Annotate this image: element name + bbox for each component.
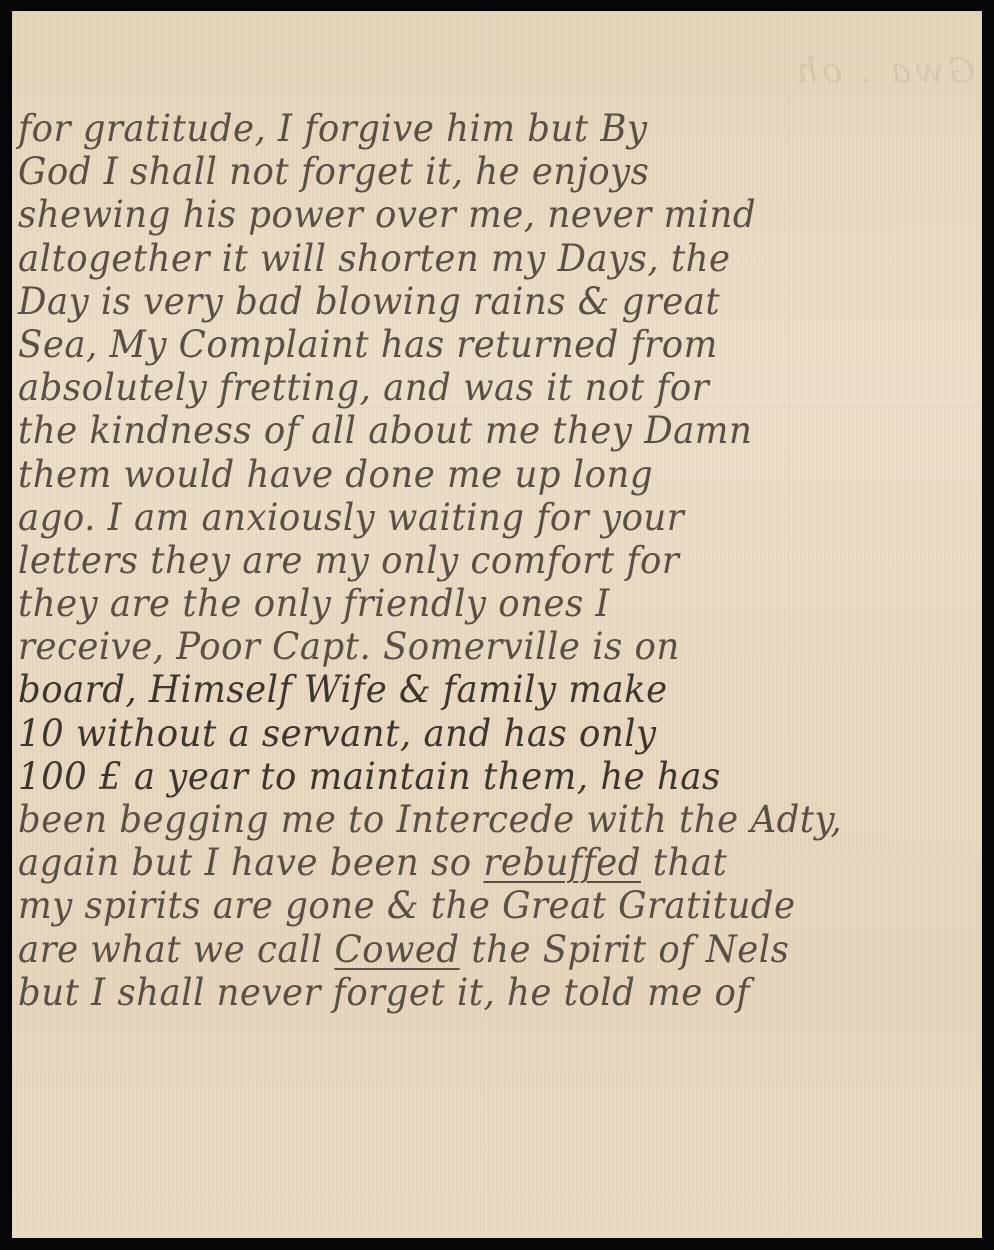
letter-line: shewing his power over me, never mind: [18, 193, 978, 236]
letter-line: them would have done me up long: [18, 453, 978, 496]
letter-line: receive, Poor Capt. Somerville is on: [18, 625, 978, 668]
letter-line: been begging me to Intercede with the Ad…: [18, 798, 978, 841]
letter-line: absolutely fretting, and was it not for: [18, 366, 978, 409]
letter-line: ago. I am anxiously waiting for your: [18, 496, 978, 539]
letter-line: board, Himself Wife & family make: [18, 668, 978, 711]
handwritten-text-body: for gratitude, I forgive him but By God …: [18, 107, 982, 1014]
letter-page: Gwa . oh for gratitude, I forgive him bu…: [12, 11, 982, 1238]
underlined-word: Cowed: [334, 928, 459, 971]
letter-line: Sea, My Complaint has returned from: [18, 323, 978, 366]
letter-line: but I shall never forget it, he told me …: [18, 971, 978, 1014]
letter-line: letters they are my only comfort for: [18, 539, 978, 582]
letter-line: the kindness of all about me they Damn: [18, 409, 978, 452]
letter-line: 100 £ a year to maintain them, he has: [18, 755, 978, 798]
bleed-through-ink: Gwa . oh: [792, 51, 975, 91]
letter-line: again but I have been so rebuffed that: [18, 841, 978, 884]
letter-line: 10 without a servant, and has only: [18, 712, 978, 755]
letter-line: are what we call Cowed the Spirit of Nel…: [18, 928, 978, 971]
letter-line: altogether it will shorten my Days, the: [18, 237, 978, 280]
letter-line: Day is very bad blowing rains & great: [18, 280, 978, 323]
letter-line: for gratitude, I forgive him but By: [18, 107, 978, 150]
letter-line: God I shall not forget it, he enjoys: [18, 150, 978, 193]
letter-line: they are the only friendly ones I: [18, 582, 978, 625]
letter-line: my spirits are gone & the Great Gratitud…: [18, 884, 978, 927]
underlined-word: rebuffed: [483, 841, 641, 884]
